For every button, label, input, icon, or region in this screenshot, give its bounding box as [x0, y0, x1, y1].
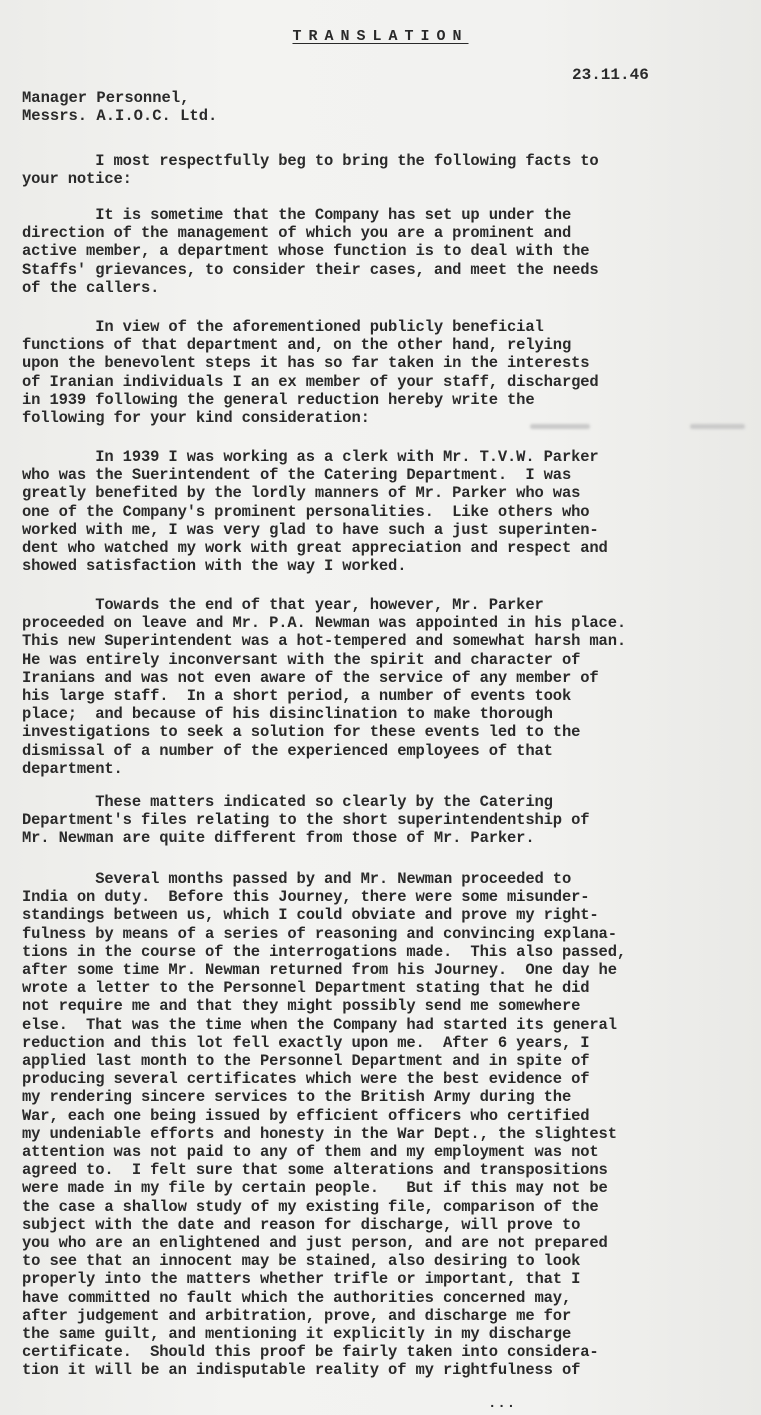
- paragraph-several-months: Several months passed by and Mr. Newman …: [22, 870, 742, 1380]
- paragraph-these-matters: These matters indicated so clearly by th…: [22, 793, 742, 848]
- paragraph-1939: In 1939 I was working as a clerk with Mr…: [22, 448, 742, 575]
- addressee-block: Manager Personnel, Messrs. A.I.O.C. Ltd.: [22, 89, 217, 125]
- paragraph-intro: I most respectfully beg to bring the fol…: [22, 152, 742, 188]
- ink-smudge: [530, 424, 590, 429]
- continuation-mark: ...: [488, 1396, 516, 1412]
- document-title: TRANSLATION: [0, 28, 761, 45]
- document-page: TRANSLATION 23.11.46 Manager Personnel, …: [0, 0, 761, 1415]
- addressee-line: Manager Personnel,: [22, 89, 217, 107]
- paragraph-department: It is sometime that the Company has set …: [22, 206, 742, 297]
- paragraph-in-view: In view of the aforementioned publicly b…: [22, 318, 742, 427]
- document-date: 23.11.46: [572, 66, 649, 84]
- paragraph-towards-end: Towards the end of that year, however, M…: [22, 596, 742, 778]
- addressee-line: Messrs. A.I.O.C. Ltd.: [22, 107, 217, 125]
- ink-smudge: [690, 424, 745, 429]
